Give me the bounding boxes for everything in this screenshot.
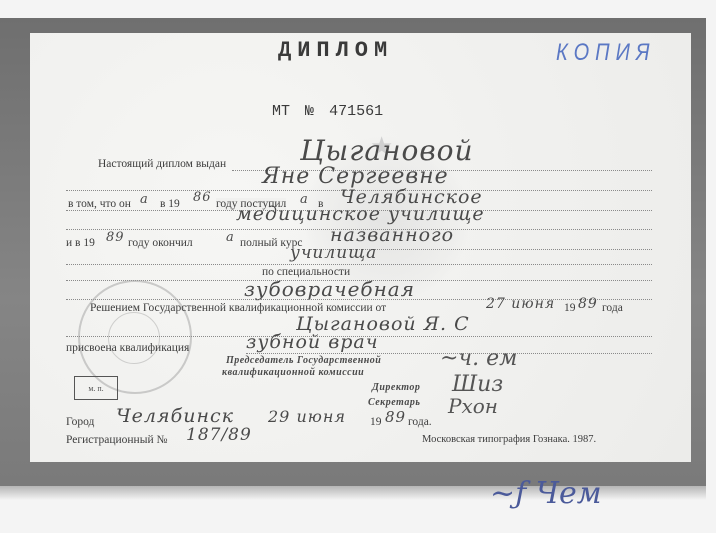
copy-stamp: КОПИЯ [556, 40, 656, 68]
number-sign: № [305, 103, 314, 120]
seal-emblem [108, 312, 160, 364]
signature-secretary: Рхон [448, 394, 498, 418]
hw-institution-line3: училища [290, 243, 377, 263]
dotted-line [66, 264, 652, 265]
label-secretary: Секретарь [368, 397, 420, 408]
label-director: Директор [372, 382, 420, 393]
hw-registration-number: 187/89 [186, 425, 252, 445]
hw-issue-date: 29 июня [268, 407, 346, 426]
hw-surname: Цыгановой [300, 134, 474, 167]
signature-chairman: ~ч. ем [440, 346, 517, 371]
label-year-prefix: 19 [370, 416, 382, 428]
hw-qualification: зубной врач [246, 331, 379, 353]
label-year-prefix: 19 [564, 302, 576, 314]
hw-decision-year: 89 [578, 296, 598, 312]
label-and-in-year: и в 19 [66, 237, 95, 249]
hw-year-finished: 89 [106, 230, 125, 245]
label-registration: Регистрационный № [66, 434, 167, 446]
hw-city: Челябинск [116, 405, 234, 427]
label-qualification: присвоена квалификация [66, 342, 189, 354]
certifying-signature: ~ƒ Чем [490, 476, 602, 511]
hw-year-entered: 86 [193, 190, 212, 205]
hw-decision-date: 27 июня [486, 296, 555, 312]
seal-place-box: м. п. [74, 376, 118, 400]
hw-gender-suffix: а [226, 230, 235, 245]
hw-institution-line2: медицинское училище [236, 203, 485, 225]
hw-specialty: зубоврачебная [244, 277, 415, 301]
diploma-title: ДИПЛОМ [278, 38, 393, 63]
series: МТ [272, 103, 290, 120]
label-year-word: года. [408, 416, 432, 428]
diploma-series-number: МТ № 471561 [272, 103, 383, 120]
label-commission: квалификационной комиссии [222, 367, 364, 378]
label-in-year: в 19 [160, 198, 180, 210]
label-year-finished: году окончил [128, 237, 193, 249]
label-city: Город [66, 416, 94, 428]
hw-issue-year: 89 [385, 408, 406, 426]
label-chairman: Председатель Государственной [226, 355, 381, 366]
printer-imprint: Московская типография Гознака. 1987. [422, 434, 596, 445]
label-issued-to: Настоящий диплом выдан [98, 158, 226, 170]
label-in-that: в том, что он [68, 198, 131, 210]
hw-gender-suffix: а [140, 192, 149, 207]
label-year-word: года [602, 302, 623, 314]
diploma-number: 471561 [329, 103, 383, 120]
